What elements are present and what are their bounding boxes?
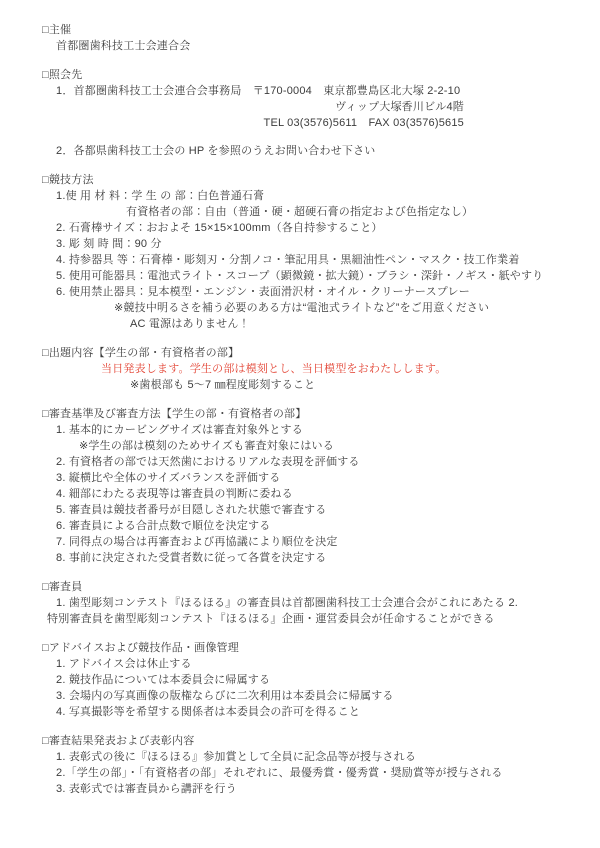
section-contact: □照会先1．首都圏歯科技工士会連合会事務局 〒170-0004 東京都豊島区北大…	[0, 67, 600, 159]
section-results-and-awards: □審査結果発表および表彰内容1. 表彰式の後に『ほるほる』参加賞として全員に記念…	[0, 733, 600, 797]
doc-line: 7. 同得点の場合は再審査および再協議により順位を決定	[0, 534, 600, 550]
doc-line: 2．各都県歯科技工士会の HP を参照のうえお問い合わせ下さい	[0, 143, 600, 159]
section-heading-results-and-awards: □審査結果発表および表彰内容	[0, 733, 600, 749]
doc-line: 2. 競技作品については本委員会に帰属する	[0, 672, 600, 688]
section-heading-judging-criteria: □審査基準及び審査方法【学生の部・有資格者の部】	[0, 406, 600, 422]
doc-line: AC 電源はありません！	[0, 316, 600, 332]
doc-line: 1. 基本的にカービングサイズは審査対象外とする	[0, 422, 600, 438]
doc-line: 1. 歯型彫刻コンテスト『ほるほる』の審査員は首都圏歯科技工士会連合会がこれにあ…	[0, 595, 600, 611]
section-competition-method: □競技方法1.使 用 材 料：学 生 の 部：白色普通石膏有資格者の部：自由（普…	[0, 172, 600, 332]
doc-line: 1. アドバイス会は休止する	[0, 656, 600, 672]
doc-line: 2.「学生の部」・「有資格者の部」それぞれに、最優秀賞・優秀賞・奨励賞等が授与さ…	[0, 765, 600, 781]
doc-line: 特別審査員を歯型彫刻コンテスト『ほるほる』企画・運営委員会が任命することができる	[0, 611, 600, 627]
section-judges: □審査員1. 歯型彫刻コンテスト『ほるほる』の審査員は首都圏歯科技工士会連合会が…	[0, 579, 600, 627]
section-organizer: □主催首都圏歯科技工士会連合会	[0, 22, 600, 54]
doc-line: 3. 彫 刻 時 間：90 分	[0, 236, 600, 252]
doc-line: 3. 会場内の写真画像の版権ならびに二次利用は本委員会に帰属する	[0, 688, 600, 704]
blank-line	[0, 131, 600, 143]
highlighted-notice-line: 当日発表します。学生の部は模刻とし、当日模型をおわたしします。	[0, 361, 600, 377]
section-judging-criteria: □審査基準及び審査方法【学生の部・有資格者の部】1. 基本的にカービングサイズは…	[0, 406, 600, 566]
doc-line: 1.使 用 材 料：学 生 の 部：白色普通石膏	[0, 188, 600, 204]
section-heading-subject: □出題内容【学生の部・有資格者の部】	[0, 345, 600, 361]
doc-line: 有資格者の部：自由（普通・硬・超硬石膏の指定および色指定なし）	[0, 204, 600, 220]
doc-line: 首都圏歯科技工士会連合会	[0, 38, 600, 54]
doc-line: 1. 表彰式の後に『ほるほる』参加賞として全員に記念品等が授与される	[0, 749, 600, 765]
doc-line: 4. 持参器具 等：石膏棒・彫刻刃・分割ノコ・筆記用具・黒細油性ペン・マスク・技…	[0, 252, 600, 268]
section-heading-competition-method: □競技方法	[0, 172, 600, 188]
doc-line: 8. 事前に決定された受賞者数に従って各賞を決定する	[0, 550, 600, 566]
doc-line: ※歯根部も 5～7 ㎜程度彫刻すること	[0, 377, 600, 393]
doc-line: TEL 03(3576)5611 FAX 03(3576)5615	[0, 115, 600, 131]
doc-line: ※学生の部は模刻のためサイズも審査対象にはいる	[0, 438, 600, 454]
section-subject: □出題内容【学生の部・有資格者の部】当日発表します。学生の部は模刻とし、当日模型…	[0, 345, 600, 393]
section-heading-contact: □照会先	[0, 67, 600, 83]
doc-line: 4. 写真撮影等を希望する関係者は本委員会の許可を得ること	[0, 704, 600, 720]
doc-line: ヴィップ大塚香川ビル4階	[0, 99, 600, 115]
doc-line: 4. 細部にわたる表現等は審査員の判断に委ねる	[0, 486, 600, 502]
document-page: □主催首都圏歯科技工士会連合会□照会先1．首都圏歯科技工士会連合会事務局 〒17…	[0, 0, 600, 797]
doc-line: ※競技中明るさを補う必要のある方は“電池式ライトなど”をご用意ください	[0, 300, 600, 316]
section-heading-advice-and-media: □アドバイスおよび競技作品・画像管理	[0, 640, 600, 656]
section-heading-organizer: □主催	[0, 22, 600, 38]
section-heading-judges: □審査員	[0, 579, 600, 595]
doc-line: 2. 石膏棒サイズ：おおよそ 15×15×100mm（各自持参すること）	[0, 220, 600, 236]
doc-line: 5. 使用可能器具：電池式ライト・スコープ（顕微鏡・拡大鏡）・ブラシ・深針・ノギ…	[0, 268, 600, 284]
doc-line: 1．首都圏歯科技工士会連合会事務局 〒170-0004 東京都豊島区北大塚 2-…	[0, 83, 600, 99]
doc-line: 5. 審査員は競技者番号が目隠しされた状態で審査する	[0, 502, 600, 518]
doc-line: 6. 審査員による合計点数で順位を決定する	[0, 518, 600, 534]
doc-line: 3. 縦横比や全体のサイズバランスを評価する	[0, 470, 600, 486]
doc-line: 6. 使用禁止器具：見本模型・エンジン・表面滑沢材・オイル・クリーナースプレー	[0, 284, 600, 300]
section-advice-and-media: □アドバイスおよび競技作品・画像管理1. アドバイス会は休止する2. 競技作品に…	[0, 640, 600, 720]
doc-line: 2. 有資格者の部では天然歯におけるリアルな表現を評価する	[0, 454, 600, 470]
doc-line: 3. 表彰式では審査員から講評を行う	[0, 781, 600, 797]
